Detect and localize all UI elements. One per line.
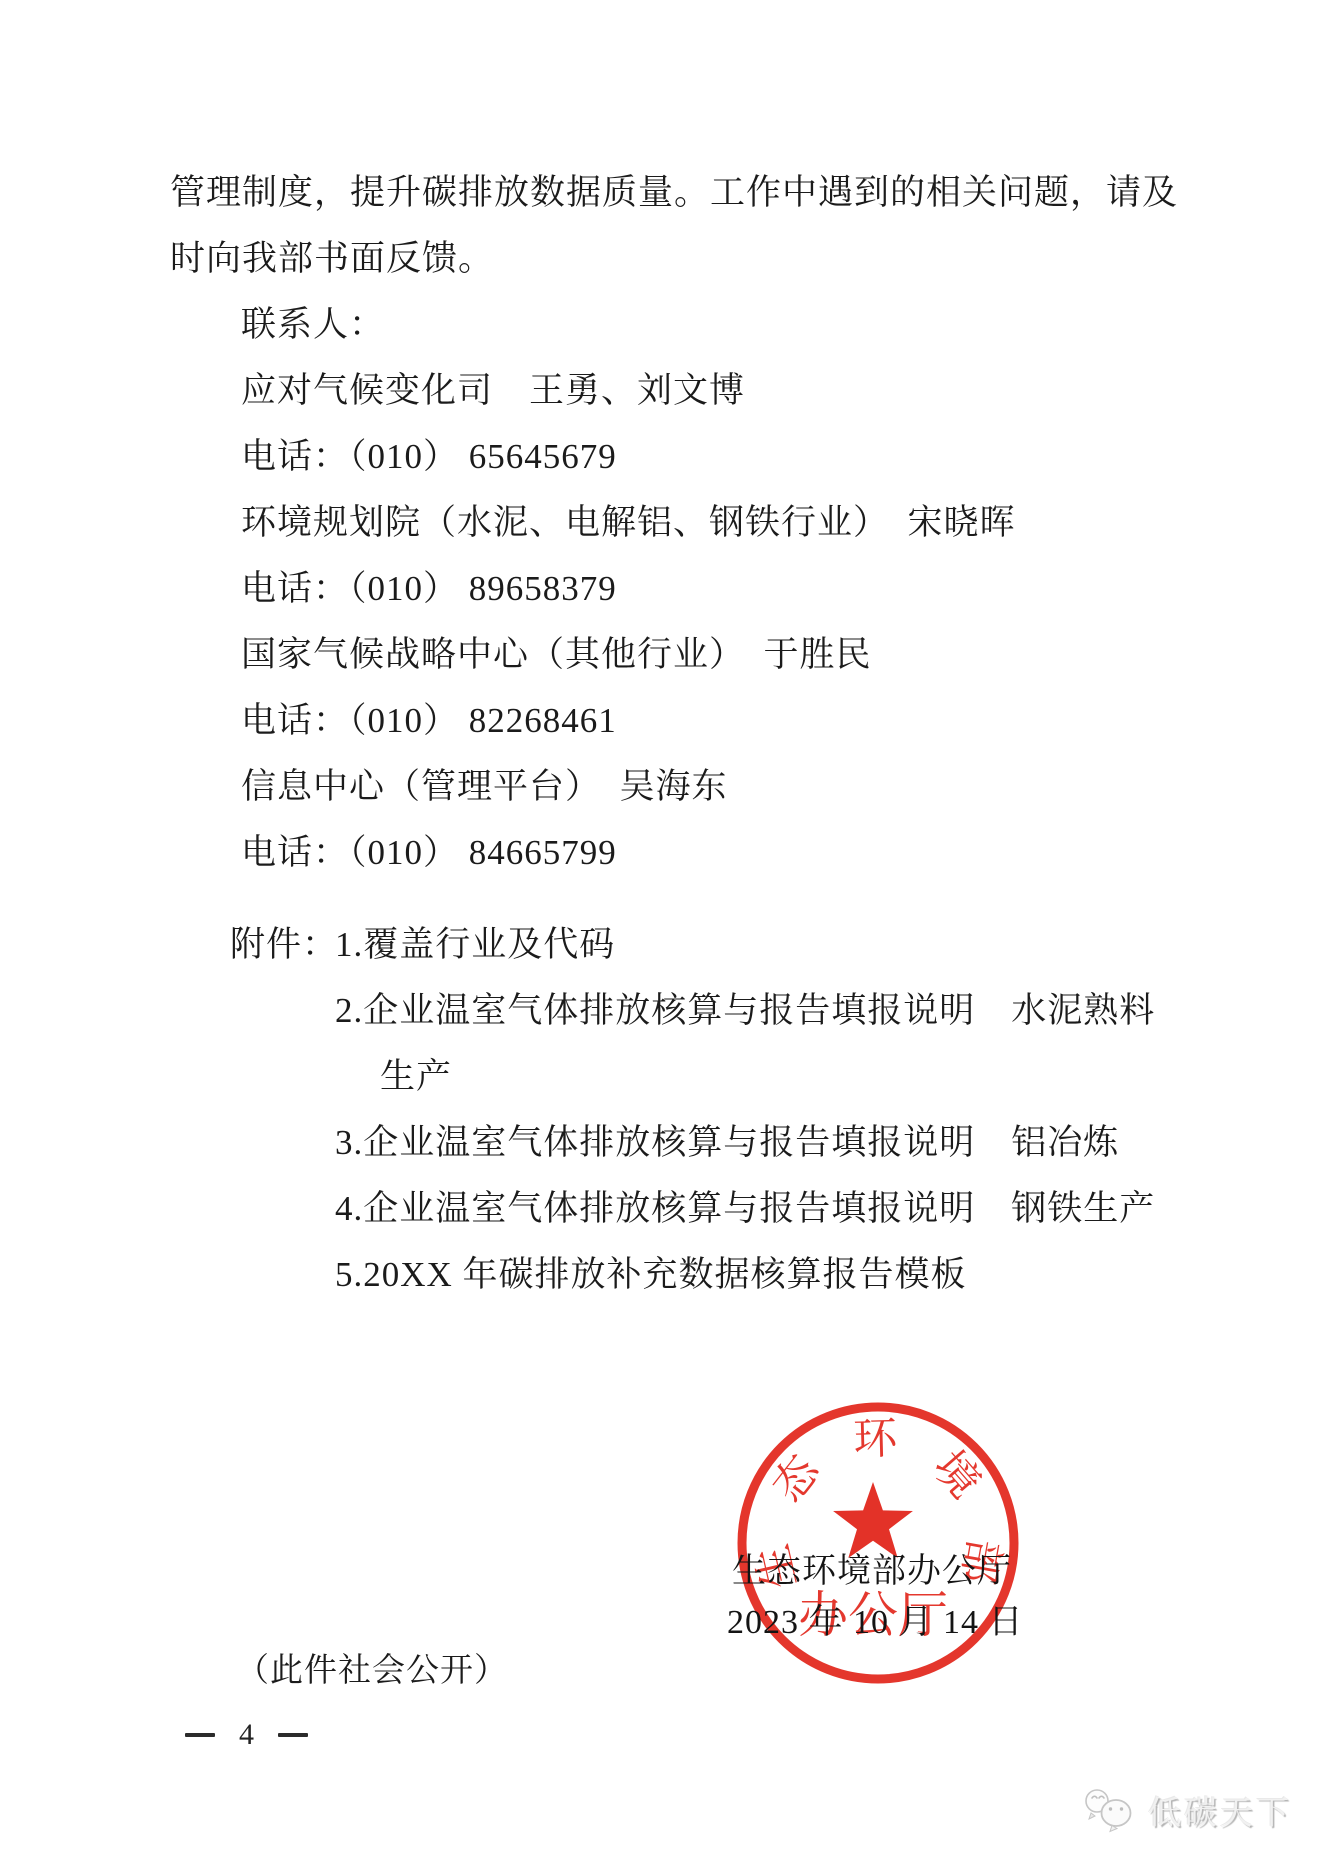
page-number-dash [185,1733,215,1737]
attachment-item: 2.企业温室气体排放核算与报告填报说明 水泥熟料 [335,988,1155,1034]
attachment-item-continuation: 生产 [380,1054,452,1100]
attachment-item: 5.20XX 年碳排放补充数据核算报告模板 [335,1252,967,1298]
chat-bubbles-icon [1082,1786,1140,1834]
contact-org-line: 环境规划院（水泥、电解铝、钢铁行业） 宋晓晖 [241,500,1016,546]
paragraph-line: 时向我部书面反馈。 [170,236,494,282]
contact-org-line: 国家气候战略中心（其他行业） 于胜民 [241,632,872,678]
signature-date: 2023 年 10 月 14 日 [727,1601,1024,1645]
signature-org: 生态环境部办公厅 [732,1550,1012,1594]
contact-org-line: 应对气候变化司 王勇、刘文博 [241,368,745,414]
document-page: 管理制度，提升碳排放数据质量。工作中遇到的相关问题，请及 时向我部书面反馈。 联… [0,0,1324,1872]
watermark-text: 低碳天下 [1148,1787,1292,1834]
seal-arc-char: 环 [853,1414,900,1464]
paragraph-line: 管理制度，提升碳排放数据质量。工作中遇到的相关问题，请及 [170,170,1178,216]
seal-star-icon [833,1482,913,1558]
contact-org-line: 信息中心（管理平台） 吴海东 [241,764,728,810]
watermark-logo: 低碳天下 [1082,1786,1292,1834]
page-number-dash [278,1733,308,1737]
contacts-header: 联系人： [241,302,385,348]
attachment-item: 3.企业温室气体排放核算与报告填报说明 铝冶炼 [335,1120,1119,1166]
contact-phone-line: 电话：（010） 89658379 [241,566,617,612]
contact-phone-line: 电话：（010） 84665799 [241,830,617,876]
contact-phone-line: 电话：（010） 65645679 [241,434,617,480]
public-disclosure-note: （此件社会公开） [236,1648,508,1694]
page-number: 4 [185,1718,308,1752]
attachments-label: 附件： [230,922,338,968]
page-number-value: 4 [239,1718,254,1752]
official-seal-stamp: 生 态 环 境 部 办公厅 [713,1378,1043,1708]
attachment-item: 4.企业温室气体排放核算与报告填报说明 钢铁生产 [335,1186,1155,1232]
contact-phone-line: 电话：（010） 82268461 [241,698,617,744]
attachment-item: 1.覆盖行业及代码 [335,922,615,968]
